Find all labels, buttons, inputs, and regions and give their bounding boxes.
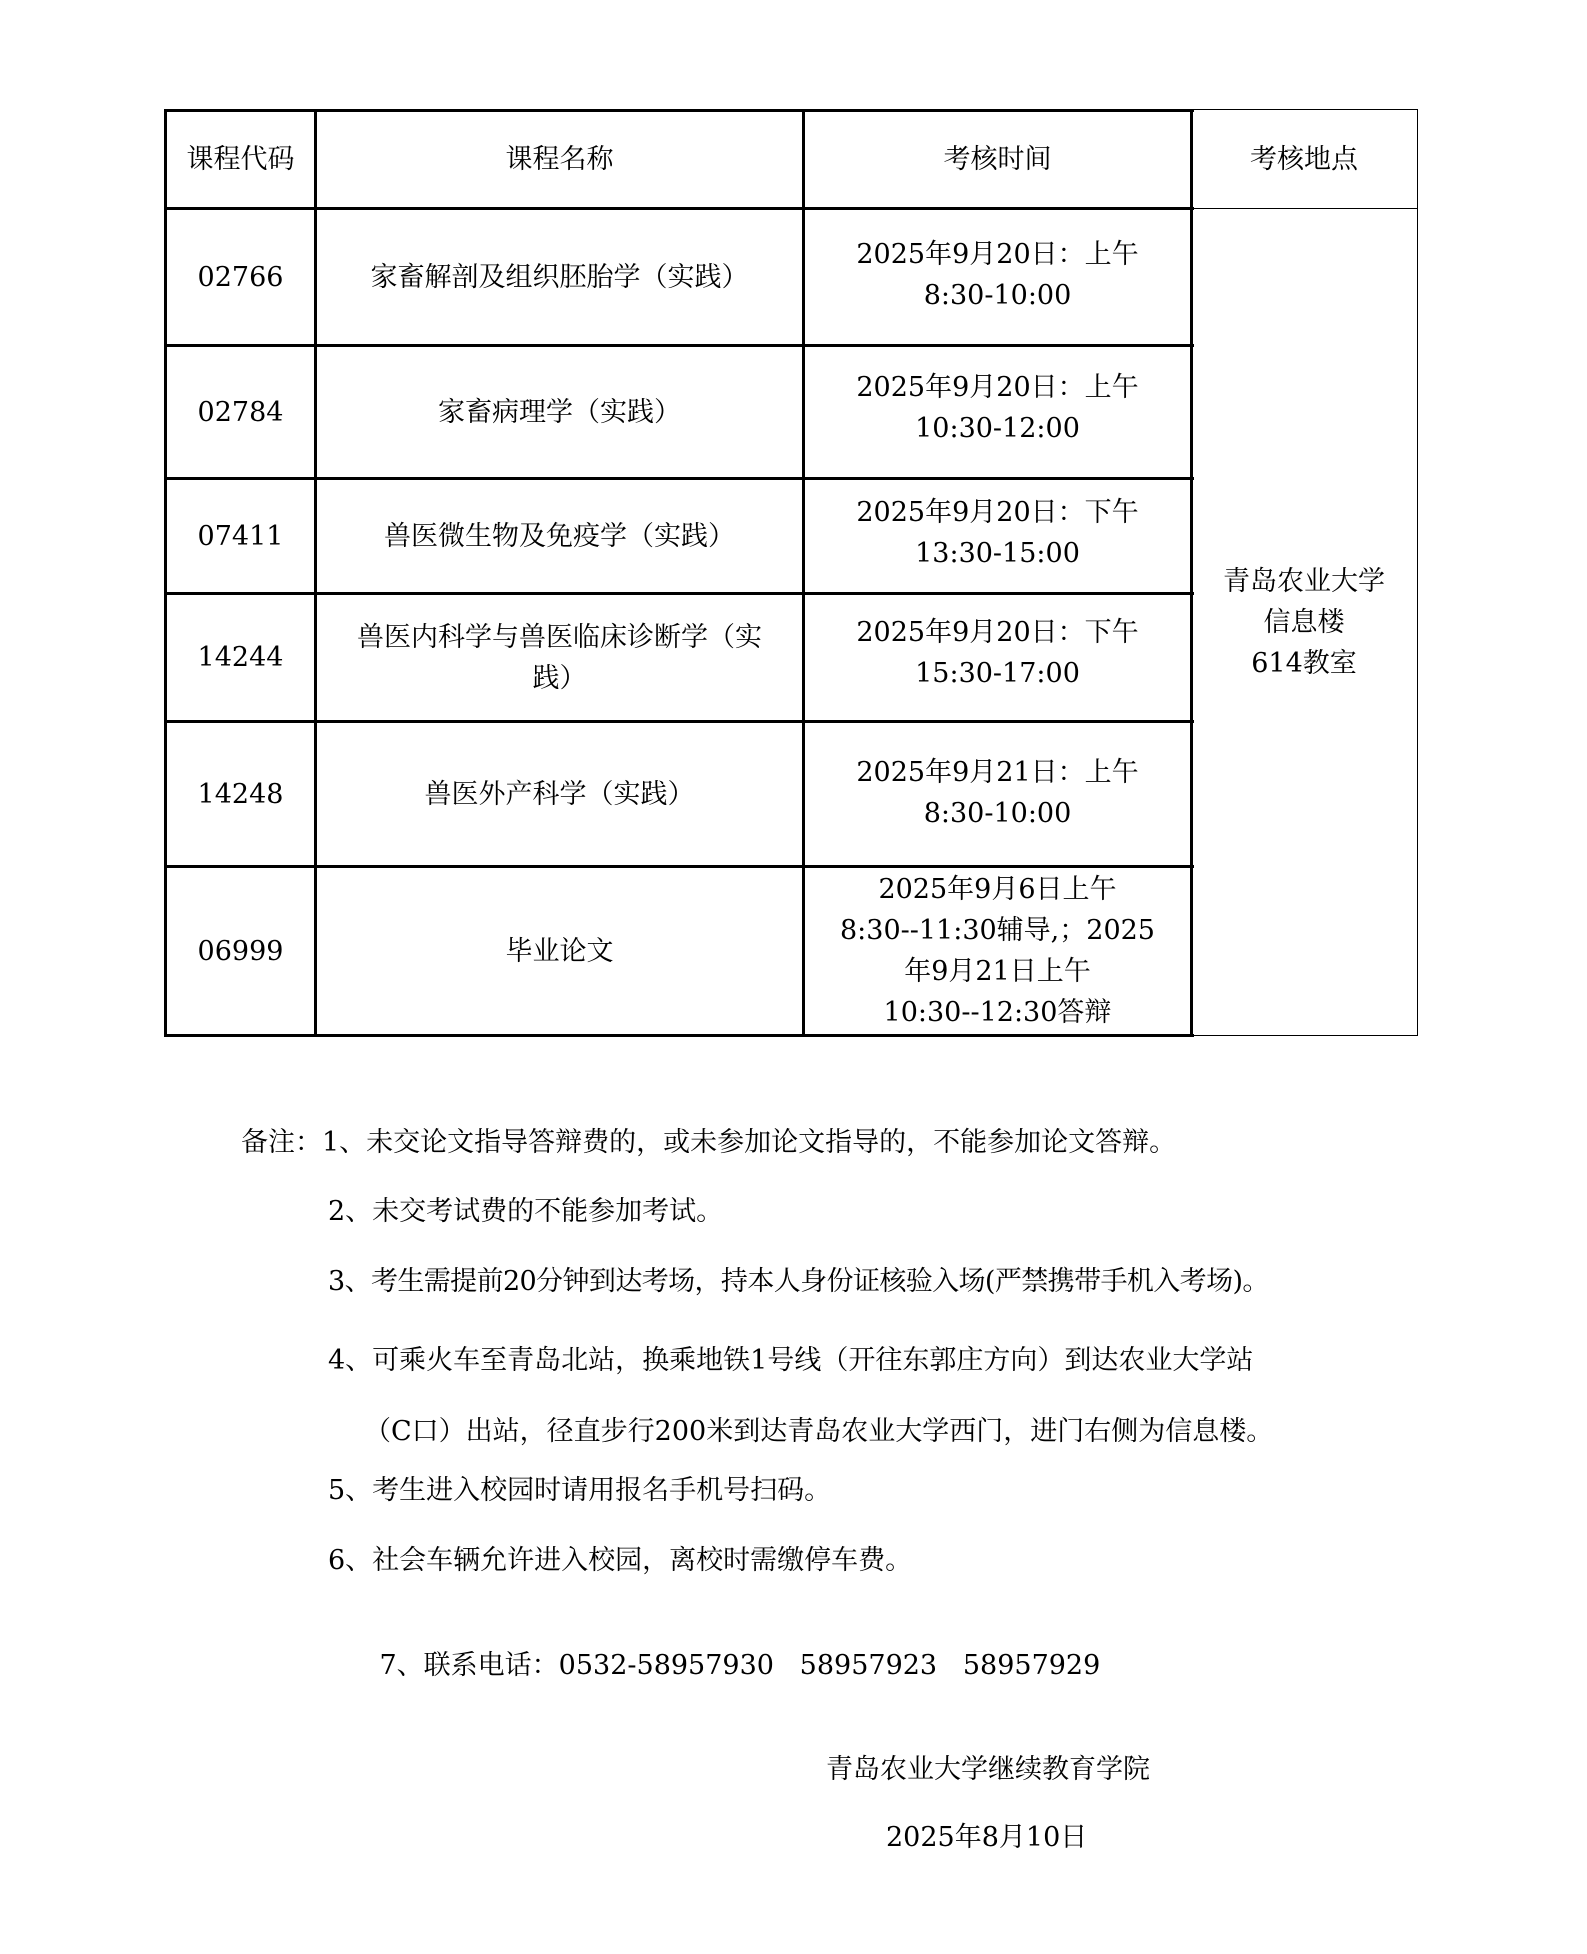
- course-code: 14248: [198, 774, 284, 815]
- course-code: 02784: [198, 392, 284, 433]
- table-row-name: 家畜病理学（实践）: [317, 347, 802, 477]
- table-row-code: 02766: [167, 210, 314, 344]
- header-label: 考核地点: [1250, 139, 1358, 180]
- note-text: 6、社会车辆允许进入校园，离校时需缴停车费。: [328, 1545, 912, 1576]
- exam-time-line: 13:30-15:00: [915, 533, 1080, 574]
- table-row-code: 07411: [167, 480, 314, 592]
- exam-time-line: 10:30-12:00: [915, 408, 1080, 449]
- header-label: 考核时间: [944, 139, 1052, 180]
- header-label: 课程名称: [506, 139, 614, 180]
- notes-label: 备注：: [241, 1127, 322, 1158]
- course-code: 02766: [198, 257, 284, 298]
- course-code: 06999: [198, 931, 284, 972]
- date-text: 2025年8月10日: [886, 1822, 1087, 1853]
- table-row-code: 14244: [167, 595, 314, 720]
- table-rule: [1417, 109, 1418, 1036]
- note-item-4: 4、可乘火车至青岛北站，换乘地铁1号线（开往东郭庄方向）到达农业大学站: [328, 1343, 1253, 1379]
- course-name-line: 兽医内科学与兽医临床诊断学（实: [357, 617, 762, 658]
- issuing-organization: 青岛农业大学继续教育学院: [826, 1752, 1150, 1788]
- exam-time-line: 15:30-17:00: [915, 653, 1080, 694]
- note-item-5: 5、考生进入校园时请用报名手机号扫码。: [328, 1473, 831, 1509]
- exam-time-line: 2025年9月20日：上午: [856, 367, 1138, 408]
- exam-time-line: 8:30--11:30辅导,；2025: [840, 910, 1155, 951]
- organization-name: 青岛农业大学继续教育学院: [826, 1754, 1150, 1785]
- exam-time-line: 8:30-10:00: [924, 275, 1072, 316]
- header-exam-location: 考核地点: [1191, 110, 1417, 208]
- table-row-time: 2025年9月20日：上午 8:30-10:00: [805, 210, 1190, 344]
- course-name: 家畜病理学（实践）: [438, 392, 681, 433]
- note-text: 3、考生需提前20分钟到达考场，持本人身份证核验入场(严禁携带手机入考场)。: [328, 1266, 1269, 1297]
- location-line: 信息楼: [1264, 602, 1345, 643]
- header-course-name: 课程名称: [317, 112, 802, 207]
- exam-time-line: 2025年9月21日：上午: [856, 752, 1138, 793]
- table-rule: [1190, 1035, 1418, 1036]
- table-row-time: 2025年9月6日上午 8:30--11:30辅导,；2025 年9月21日上午…: [805, 868, 1190, 1034]
- note-item-2: 2、未交考试费的不能参加考试。: [328, 1194, 723, 1230]
- exam-time-line: 2025年9月6日上午: [878, 869, 1116, 910]
- exam-time-line: 2025年9月20日：下午: [856, 492, 1138, 533]
- table-row-name: 兽医内科学与兽医临床诊断学（实 践）: [317, 595, 802, 720]
- note-item-6: 6、社会车辆允许进入校园，离校时需缴停车费。: [328, 1543, 912, 1579]
- table-row-time: 2025年9月21日：上午 8:30-10:00: [805, 723, 1190, 865]
- course-name-line: 践）: [533, 658, 587, 699]
- exam-time-line: 8:30-10:00: [924, 793, 1072, 834]
- exam-time-line: 2025年9月20日：下午: [856, 612, 1138, 653]
- note-text: 1、未交论文指导答辩费的，或未参加论文指导的，不能参加论文答辩。: [322, 1127, 1176, 1158]
- table-row-name: 兽医外产科学（实践）: [317, 723, 802, 865]
- note-text: 4、可乘火车至青岛北站，换乘地铁1号线（开往东郭庄方向）到达农业大学站: [328, 1345, 1253, 1376]
- table-rule: [164, 1034, 1194, 1037]
- note-item-7: 7、联系电话：0532-58957930 58957923 58957929: [328, 1612, 1100, 1720]
- note-item-3: 3、考生需提前20分钟到达考场，持本人身份证核验入场(严禁携带手机入考场)。: [328, 1264, 1269, 1300]
- header-exam-time: 考核时间: [805, 112, 1190, 207]
- exam-location-cell: 青岛农业大学 信息楼 614教室: [1191, 209, 1417, 1035]
- location-line: 青岛农业大学: [1223, 561, 1385, 602]
- table-row-code: 02784: [167, 347, 314, 477]
- table-row-code: 14248: [167, 723, 314, 865]
- issue-date: 2025年8月10日: [886, 1820, 1087, 1856]
- course-code: 07411: [198, 516, 284, 557]
- table-row-name: 家畜解剖及组织胚胎学（实践）: [317, 210, 802, 344]
- course-name: 兽医微生物及免疫学（实践）: [384, 516, 735, 557]
- note-text: 5、考生进入校园时请用报名手机号扫码。: [328, 1475, 831, 1506]
- location-line: 614教室: [1251, 643, 1357, 684]
- table-row-time: 2025年9月20日：上午 10:30-12:00: [805, 347, 1190, 477]
- table-row-time: 2025年9月20日：下午 13:30-15:00: [805, 480, 1190, 592]
- document-page: 课程代码 课程名称 考核时间 考核地点 02766 家畜解剖及组织胚胎学（实践）…: [0, 0, 1587, 1954]
- note-item-1: 备注：1、未交论文指导答辩费的，或未参加论文指导的，不能参加论文答辩。: [241, 1125, 1176, 1161]
- header-label: 课程代码: [187, 139, 295, 180]
- course-name: 毕业论文: [506, 931, 614, 972]
- exam-time-line: 年9月21日上午: [904, 951, 1091, 992]
- header-course-code: 课程代码: [167, 112, 314, 207]
- table-row-time: 2025年9月20日：下午 15:30-17:00: [805, 595, 1190, 720]
- exam-time-line: 2025年9月20日：上午: [856, 234, 1138, 275]
- note-text: 2、未交考试费的不能参加考试。: [328, 1196, 723, 1227]
- exam-time-line: 10:30--12:30答辩: [884, 992, 1112, 1033]
- table-row-code: 06999: [167, 868, 314, 1034]
- note-item-4-continued: （C口）出站，径直步行200米到达青岛农业大学西门，进门右侧为信息楼。: [364, 1414, 1273, 1450]
- course-name: 家畜解剖及组织胚胎学（实践）: [371, 257, 749, 298]
- note-text: （C口）出站，径直步行200米到达青岛农业大学西门，进门右侧为信息楼。: [364, 1416, 1273, 1447]
- course-name: 兽医外产科学（实践）: [425, 774, 695, 815]
- table-row-name: 毕业论文: [317, 868, 802, 1034]
- table-row-name: 兽医微生物及免疫学（实践）: [317, 480, 802, 592]
- course-code: 14244: [198, 637, 284, 678]
- contact-phone-text: 7、联系电话：0532-58957930 58957923 58957929: [380, 1650, 1101, 1681]
